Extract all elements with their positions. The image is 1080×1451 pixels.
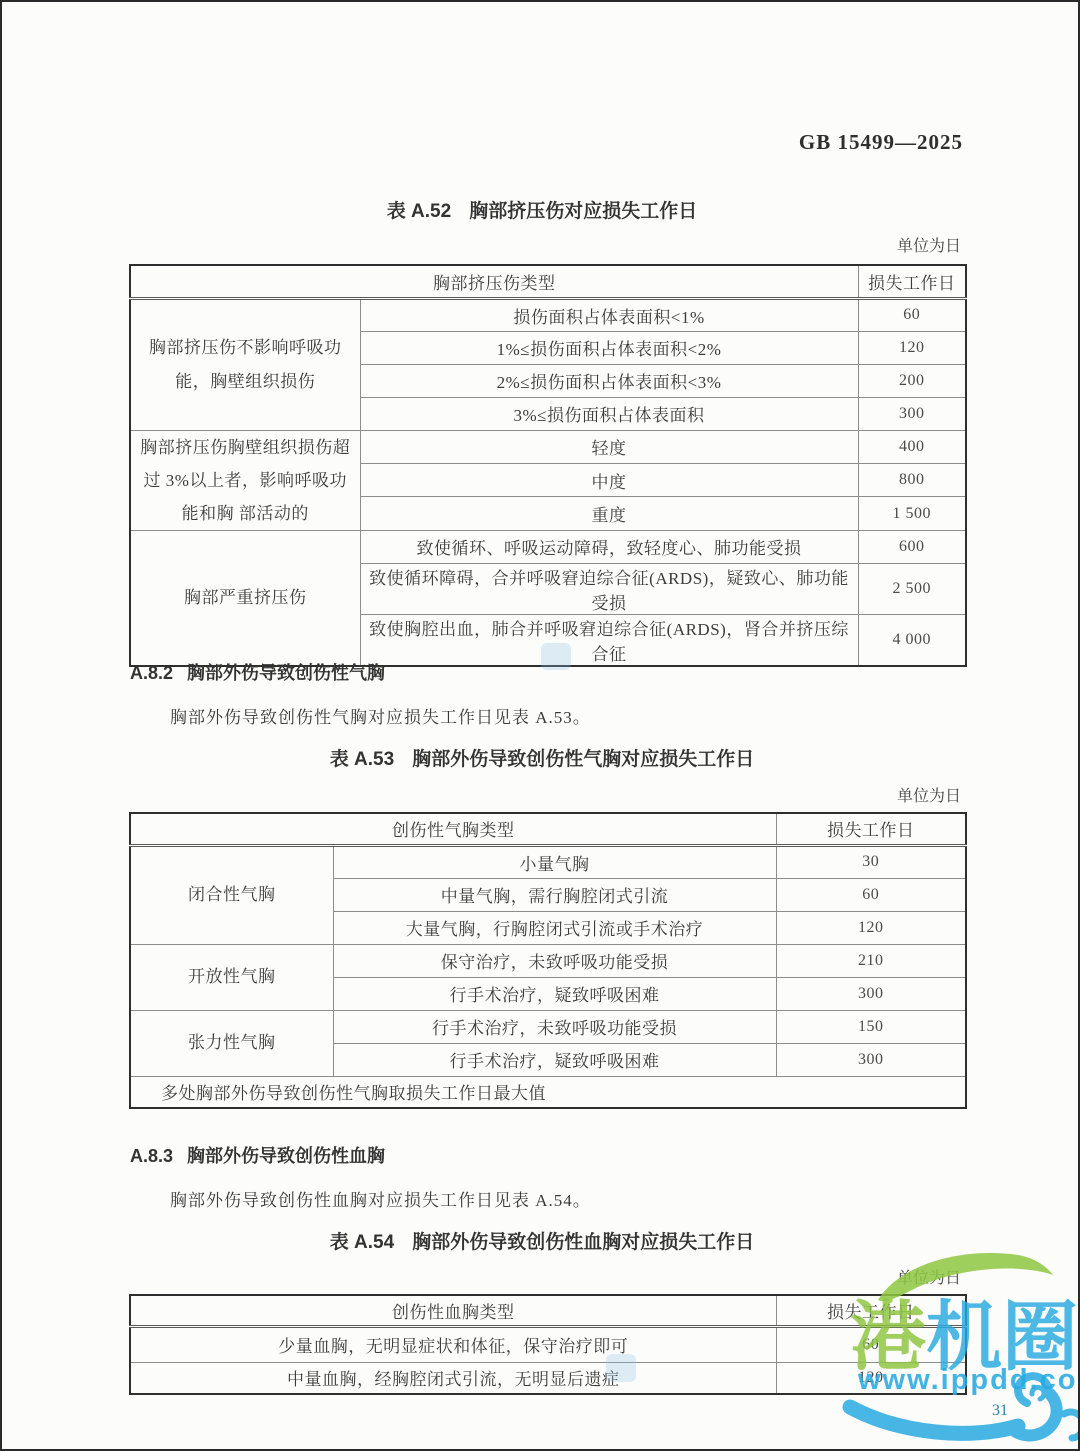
- table-a52-title-label: 表 A.52: [387, 201, 451, 222]
- a53-g2-row1-days: 210: [776, 944, 966, 977]
- section-a83-heading: A.8.3胸部外伤导致创伤性血胸: [130, 1142, 385, 1168]
- a52-g1-row1-days: 60: [858, 298, 966, 331]
- a53-footer-note: 多处胸部外伤导致创伤性气胸取损失工作日最大值: [130, 1076, 966, 1108]
- section-a83-number: A.8.3: [130, 1146, 173, 1166]
- a52-g2-row2-desc: 中度: [360, 463, 858, 496]
- a54-row2-desc: 中量血胸，经胸腔闭式引流，无明显后遗症: [130, 1362, 776, 1394]
- section-a82-number: A.8.2: [130, 663, 173, 683]
- a54-header-days: 损失工作日: [776, 1295, 966, 1326]
- table-a53-title: 表 A.53胸部外伤导致创伤性气胸对应损失工作日: [2, 744, 1080, 771]
- unit-note-a54: 单位为日: [897, 1265, 961, 1288]
- section-a83-title: 胸部外伤导致创伤性血胸: [187, 1146, 385, 1166]
- a52-g2-row3-desc: 重度: [360, 497, 858, 530]
- brand-char-blue-2: 圈: [1002, 1295, 1078, 1380]
- table-a54: 创伤性血胸类型 损失工作日 少量血胸，无明显症状和体征，保守治疗即可 60 中量…: [129, 1294, 967, 1395]
- section-a82-paragraph: 胸部外伤导致创伤性气胸对应损失工作日见表 A.53。: [170, 703, 591, 728]
- a52-group1-label: 胸部挤压伤不影响呼吸功能，胸壁组织损伤: [130, 298, 360, 430]
- a53-g2-row2-desc: 行手术治疗，疑致呼吸困难: [333, 977, 776, 1010]
- a53-group1-label: 闭合性气胸: [130, 845, 333, 944]
- a53-g3-row2-days: 300: [776, 1043, 966, 1076]
- a53-g3-row2-desc: 行手术治疗，疑致呼吸困难: [333, 1043, 776, 1076]
- a52-g2-row1-desc: 轻度: [360, 430, 858, 463]
- section-a83-paragraph: 胸部外伤导致创伤性血胸对应损失工作日见表 A.54。: [170, 1186, 591, 1211]
- a52-header-type: 胸部挤压伤类型: [130, 265, 858, 298]
- unit-note-a52: 单位为日: [897, 233, 961, 256]
- a54-header-type: 创伤性血胸类型: [130, 1295, 776, 1326]
- a53-group3-label: 张力性气胸: [130, 1010, 333, 1076]
- a52-group3-label: 胸部严重挤压伤: [130, 530, 360, 666]
- table-a54-title-text: 胸部外伤导致创伤性血胸对应损失工作日: [412, 1232, 754, 1253]
- a53-g1-row2-days: 60: [776, 878, 966, 911]
- table-a52-title: 表 A.52胸部挤压伤对应损失工作日: [2, 196, 1080, 223]
- a52-header-days: 损失工作日: [858, 265, 966, 298]
- a54-row1-desc: 少量血胸，无明显症状和体征，保守治疗即可: [130, 1326, 776, 1362]
- a52-g3-row2-desc: 致使循环障碍，合并呼吸窘迫综合征(ARDS)，疑致心、肺功能受损: [360, 563, 858, 614]
- a52-g2-row3-days: 1 500: [858, 497, 966, 530]
- a53-g3-row1-days: 150: [776, 1010, 966, 1043]
- a52-g1-row3-days: 200: [858, 364, 966, 397]
- a53-g1-row1-desc: 小量气胸: [333, 845, 776, 878]
- a53-g1-row1-days: 30: [776, 845, 966, 878]
- section-a82-heading: A.8.2胸部外伤导致创伤性气胸: [130, 659, 385, 685]
- a53-group2-label: 开放性气胸: [130, 944, 333, 1010]
- table-a52: 胸部挤压伤类型 损失工作日 胸部挤压伤不影响呼吸功能，胸壁组织损伤 损伤面积占体…: [129, 264, 967, 667]
- table-a52-title-text: 胸部挤压伤对应损失工作日: [469, 201, 697, 222]
- a52-g2-row1-days: 400: [858, 430, 966, 463]
- a52-g1-row4-desc: 3%≤损伤面积占体表面积: [360, 397, 858, 430]
- a52-g1-row4-days: 300: [858, 397, 966, 430]
- a52-g1-row1-desc: 损伤面积占体表面积<1%: [360, 298, 858, 331]
- a53-g2-row1-desc: 保守治疗，未致呼吸功能受损: [333, 944, 776, 977]
- table-a54-title-label: 表 A.54: [330, 1232, 394, 1253]
- a52-g1-row3-desc: 2%≤损伤面积占体表面积<3%: [360, 364, 858, 397]
- page-number: 31: [992, 1402, 1008, 1420]
- a53-g3-row1-desc: 行手术治疗，未致呼吸功能受损: [333, 1010, 776, 1043]
- a52-g3-row2-days: 2 500: [858, 563, 966, 614]
- unit-note-a53: 单位为日: [897, 783, 961, 806]
- table-a53-title-label: 表 A.53: [330, 749, 394, 770]
- a52-g3-row1-days: 600: [858, 530, 966, 563]
- table-a53-title-text: 胸部外伤导致创伤性气胸对应损失工作日: [412, 749, 754, 770]
- a52-g3-row3-days: 4 000: [858, 614, 966, 666]
- a52-g3-row1-desc: 致使循环、呼吸运动障碍，致轻度心、肺功能受损: [360, 530, 858, 563]
- a53-header-type: 创伤性气胸类型: [130, 813, 776, 845]
- a52-g3-row3-desc: 致使胸腔出血，肺合并呼吸窘迫综合征(ARDS)，肾合并挤压综合征: [360, 614, 858, 666]
- a52-g1-row2-days: 120: [858, 331, 966, 364]
- a53-g1-row2-desc: 中量气胸，需行胸腔闭式引流: [333, 878, 776, 911]
- ghost-stamp-artifact: [541, 643, 571, 670]
- a53-g1-row3-days: 120: [776, 911, 966, 944]
- table-a54-title: 表 A.54胸部外伤导致创伤性血胸对应损失工作日: [2, 1227, 1080, 1254]
- ghost-stamp-artifact: [606, 1354, 636, 1382]
- a53-header-days: 损失工作日: [776, 813, 966, 845]
- a54-row2-days: 120: [776, 1362, 966, 1394]
- a53-g1-row3-desc: 大量气胸，行胸腔闭式引流或手术治疗: [333, 911, 776, 944]
- a52-group2-label: 胸部挤压伤胸壁组织损伤超过 3%以上者，影响呼吸功能和胸 部活动的: [130, 430, 360, 530]
- a53-g2-row2-days: 300: [776, 977, 966, 1010]
- a52-g1-row2-desc: 1%≤损伤面积占体表面积<2%: [360, 331, 858, 364]
- table-a53: 创伤性气胸类型 损失工作日 闭合性气胸 小量气胸 30 中量气胸，需行胸腔闭式引…: [129, 812, 967, 1109]
- a52-g2-row2-days: 800: [858, 463, 966, 496]
- document-page: GB 15499—2025 表 A.52胸部挤压伤对应损失工作日 单位为日 胸部…: [0, 0, 1080, 1451]
- a54-row1-days: 60: [776, 1326, 966, 1362]
- section-a82-title: 胸部外伤导致创伤性气胸: [187, 663, 385, 683]
- standard-number: GB 15499—2025: [799, 130, 963, 155]
